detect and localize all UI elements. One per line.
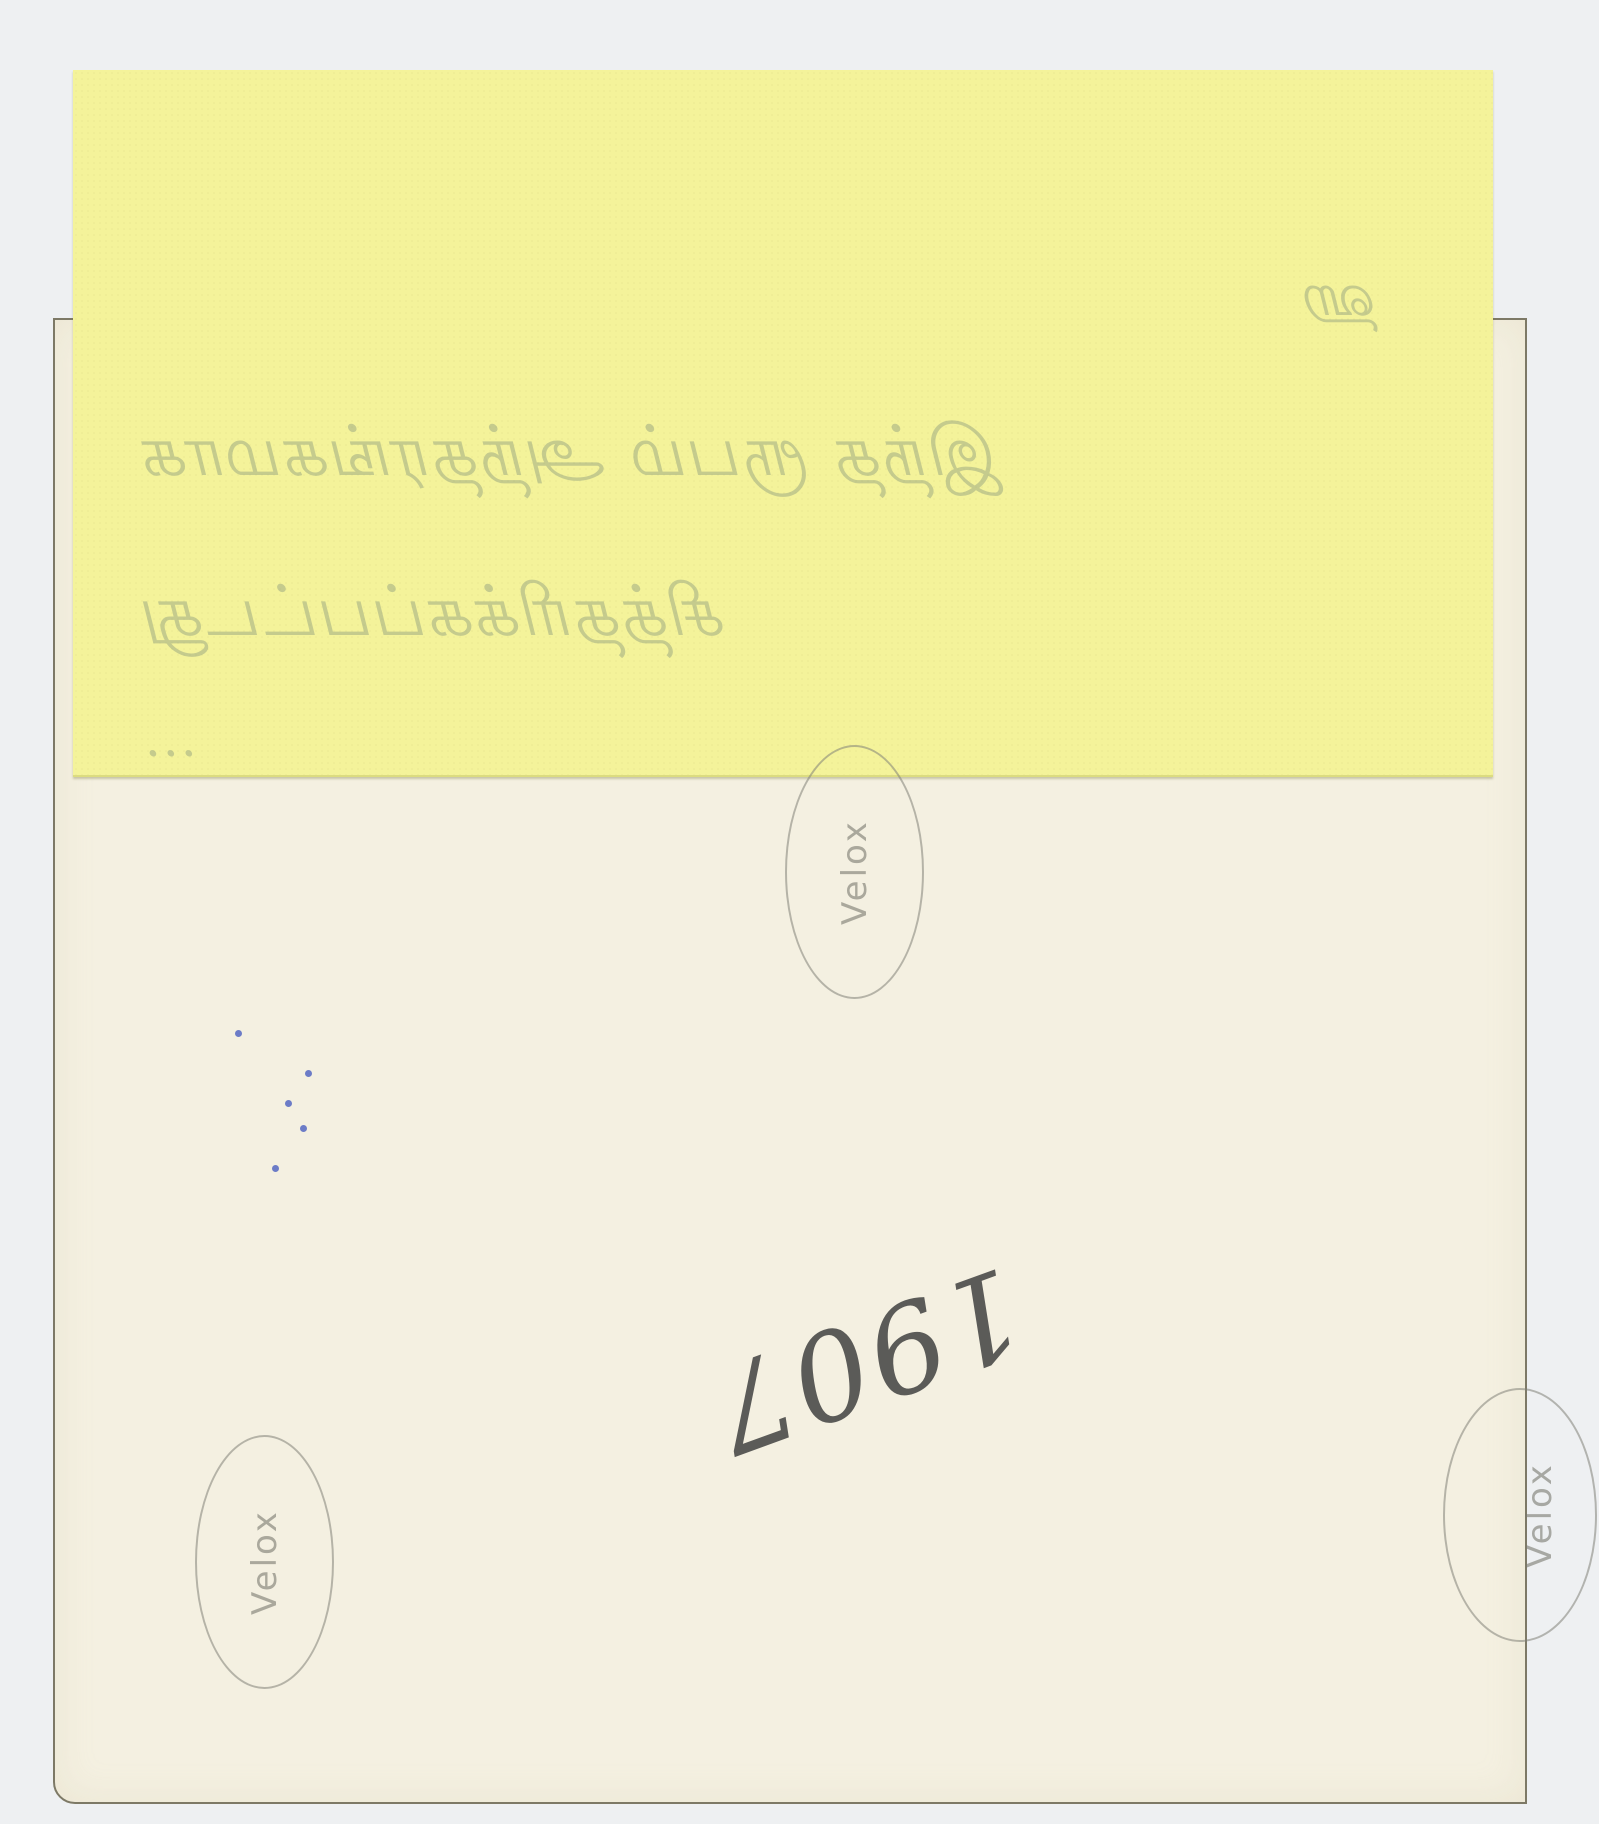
velox-stamp-label: Velox (245, 1509, 285, 1615)
velox-stamp: Velox (1443, 1388, 1597, 1642)
sticky-line: சித்தரிக்கப்பட்டது (143, 570, 727, 661)
ink-speck (305, 1070, 312, 1077)
sticky-line: ஹ (1303, 260, 1379, 338)
velox-stamp-label: Velox (835, 819, 875, 925)
ink-speck (300, 1125, 307, 1132)
ink-speck (285, 1100, 292, 1107)
velox-stamp: Velox (195, 1435, 334, 1689)
velox-stamp-label: Velox (1520, 1462, 1560, 1568)
velox-stamp: Velox (785, 745, 924, 999)
sticky-line: இந்த ரூபம் அந்தரங்கமாக (143, 410, 1000, 501)
sticky-line: ... (143, 710, 197, 768)
sticky-note-writing: ஹ இந்த ரூபம் அந்தரங்கமாக சித்தரிக்கப்பட்… (73, 70, 1493, 775)
ink-speck (235, 1030, 242, 1037)
ink-speck (272, 1165, 279, 1172)
sticky-note[interactable]: ஹ இந்த ரூபம் அந்தரங்கமாக சித்தரிக்கப்பட்… (73, 70, 1493, 777)
